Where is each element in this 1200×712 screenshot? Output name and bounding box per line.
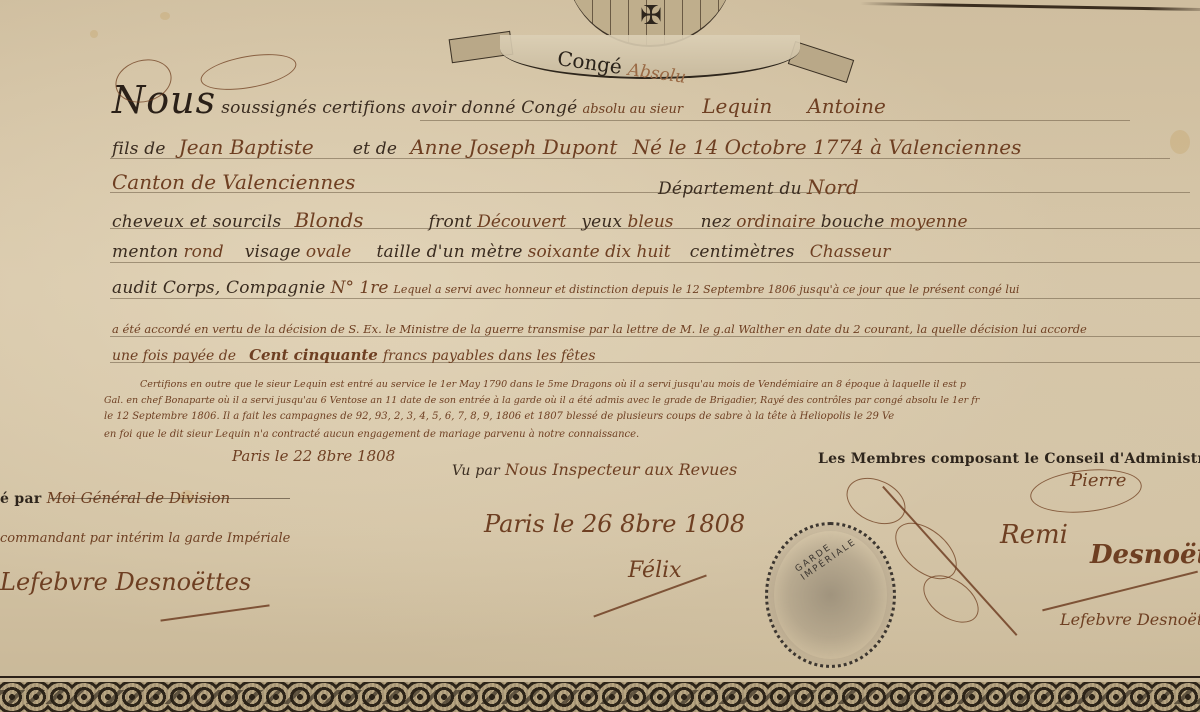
- printed-face: visage: [245, 242, 301, 262]
- left-signature: Lefebvre Desnoëttes: [0, 568, 251, 596]
- payment-amount: Cent cinquante: [249, 346, 378, 364]
- council-heading-text: Les Membres composant le Conseil d'Admin…: [818, 451, 1200, 467]
- ink-seal-stamp-icon: GARDE IMPÉRIALE: [765, 522, 896, 668]
- payment-text: une fois payée de: [112, 348, 236, 364]
- garde-line: commandant par intérim la garde Impérial…: [0, 527, 290, 546]
- service-text: Lequel a servi avec honneur et distincti…: [394, 283, 1020, 296]
- signature-felix: Félix: [628, 558, 682, 583]
- face: ovale: [306, 242, 351, 262]
- nose: ordinaire: [736, 212, 815, 232]
- height-value: soixante dix huit: [528, 242, 671, 262]
- ruled-line: [50, 498, 290, 499]
- middle-signature: Félix: [628, 558, 682, 583]
- council-signature-3: Desnoëttes: [1090, 540, 1200, 570]
- signature-lefebvre-desnoettes: Lefebvre Desnoëttes: [0, 568, 251, 596]
- body-line-6: audit Corps, Compagnie N° 1re Lequel a s…: [112, 278, 1019, 298]
- handwritten-absolu: absolu au sieur: [582, 102, 683, 117]
- printed-par: é par: [0, 491, 42, 507]
- printed-hair: cheveux et sourcils: [112, 212, 281, 232]
- vu-par-line: Vu par Nous Inspecteur aux Revues: [452, 460, 737, 479]
- place-date-1: Paris le 22 8bre 1808: [232, 446, 395, 465]
- council-signature-2: Remi: [1000, 520, 1068, 550]
- hair-color: Blonds: [294, 208, 363, 232]
- body-line-5: menton rond visage ovale taille d'un mèt…: [112, 242, 890, 262]
- printed-cm: centimètres: [690, 242, 795, 262]
- ruled-line: [110, 262, 1200, 263]
- paper-stain: [160, 12, 170, 20]
- printed-vu-par: Vu par: [452, 463, 500, 479]
- signature-council-3: Desnoëttes: [1090, 540, 1200, 570]
- middle-place-date: Paris le 26 8bre 1808: [484, 510, 745, 538]
- frame-bottom-rule: [0, 676, 1200, 678]
- body-line-3: Canton de Valenciennes: [112, 170, 355, 194]
- soldier-given-name: Antoine: [807, 94, 886, 118]
- printed-certify-text: soussignés certifions avoir donné Congé: [221, 98, 577, 118]
- canton: Canton de Valenciennes: [112, 170, 355, 194]
- ruled-line: [110, 298, 1200, 299]
- department-line: Département du Nord: [658, 175, 859, 199]
- note-text: le 12 Septembre 1806. Il a fait les camp…: [104, 411, 894, 422]
- mouth: moyenne: [890, 212, 968, 232]
- council-signature-4: Lefebvre Desnoëttes: [1060, 610, 1200, 629]
- printed-departement: Département du: [658, 179, 802, 199]
- forehead: Découvert: [477, 212, 566, 232]
- printed-et-de: et de: [353, 139, 397, 159]
- garde-imperiale-text: commandant par intérim la garde Impérial…: [0, 531, 290, 546]
- printed-height: taille d'un mètre: [376, 242, 522, 262]
- body-line-4: cheveux et sourcils Blonds front Découve…: [112, 208, 968, 232]
- legion-of-honour-star-icon: ✠: [638, 3, 664, 29]
- printed-front: front: [429, 212, 472, 232]
- paper-stain: [90, 30, 98, 38]
- father-name: Jean Baptiste: [179, 135, 314, 159]
- place-date-text: Paris le 26 8bre 1808: [484, 510, 745, 538]
- decision-text: a été accordé en vertu de la décision de…: [112, 322, 1087, 336]
- body-line-8: une fois payée de Cent cinquante francs …: [112, 345, 596, 364]
- council-heading: Les Membres composant le Conseil d'Admin…: [818, 448, 1200, 467]
- printed-fils-de: fils de: [112, 139, 166, 159]
- birth-date-place: Né le 14 Octobre 1774 à Valenciennes: [633, 135, 1022, 159]
- printed-mouth: bouche: [821, 212, 885, 232]
- body-line-2: fils de Jean Baptiste et de Anne Joseph …: [112, 135, 1021, 159]
- vine-pattern: [0, 690, 1200, 704]
- printed-eyes: yeux: [581, 212, 622, 232]
- mother-name: Anne Joseph Dupont: [410, 135, 617, 159]
- printed-corps-company: audit Corps, Compagnie: [112, 278, 326, 298]
- printed-nose: nez: [701, 212, 732, 232]
- paper-stain: [1170, 130, 1190, 154]
- place-date-text: Paris le 22 8bre 1808: [232, 447, 395, 465]
- department-name: Nord: [807, 175, 859, 199]
- chin: rond: [183, 242, 223, 262]
- note-text: en foi que le dit sieur Lequin n'a contr…: [104, 429, 639, 440]
- payment-text-2: francs payables dans les fêtes: [383, 348, 596, 364]
- note-line-3: le 12 Septembre 1806. Il a fait les camp…: [104, 404, 894, 423]
- eye-color: bleus: [627, 212, 673, 232]
- signature-council-4: Lefebvre Desnoëttes: [1060, 610, 1200, 629]
- soldier-surname: Lequin: [702, 94, 772, 118]
- printed-chin: menton: [112, 242, 178, 262]
- inspector-title: Nous Inspecteur aux Revues: [505, 460, 737, 479]
- company-number: N° 1re: [331, 278, 389, 298]
- corps-name: Chasseur: [810, 242, 891, 262]
- signature-council-2: Remi: [1000, 520, 1068, 550]
- note-line-4: en foi que le dit sieur Lequin n'a contr…: [104, 422, 639, 441]
- body-line-7: a été accordé en vertu de la décision de…: [112, 318, 1087, 337]
